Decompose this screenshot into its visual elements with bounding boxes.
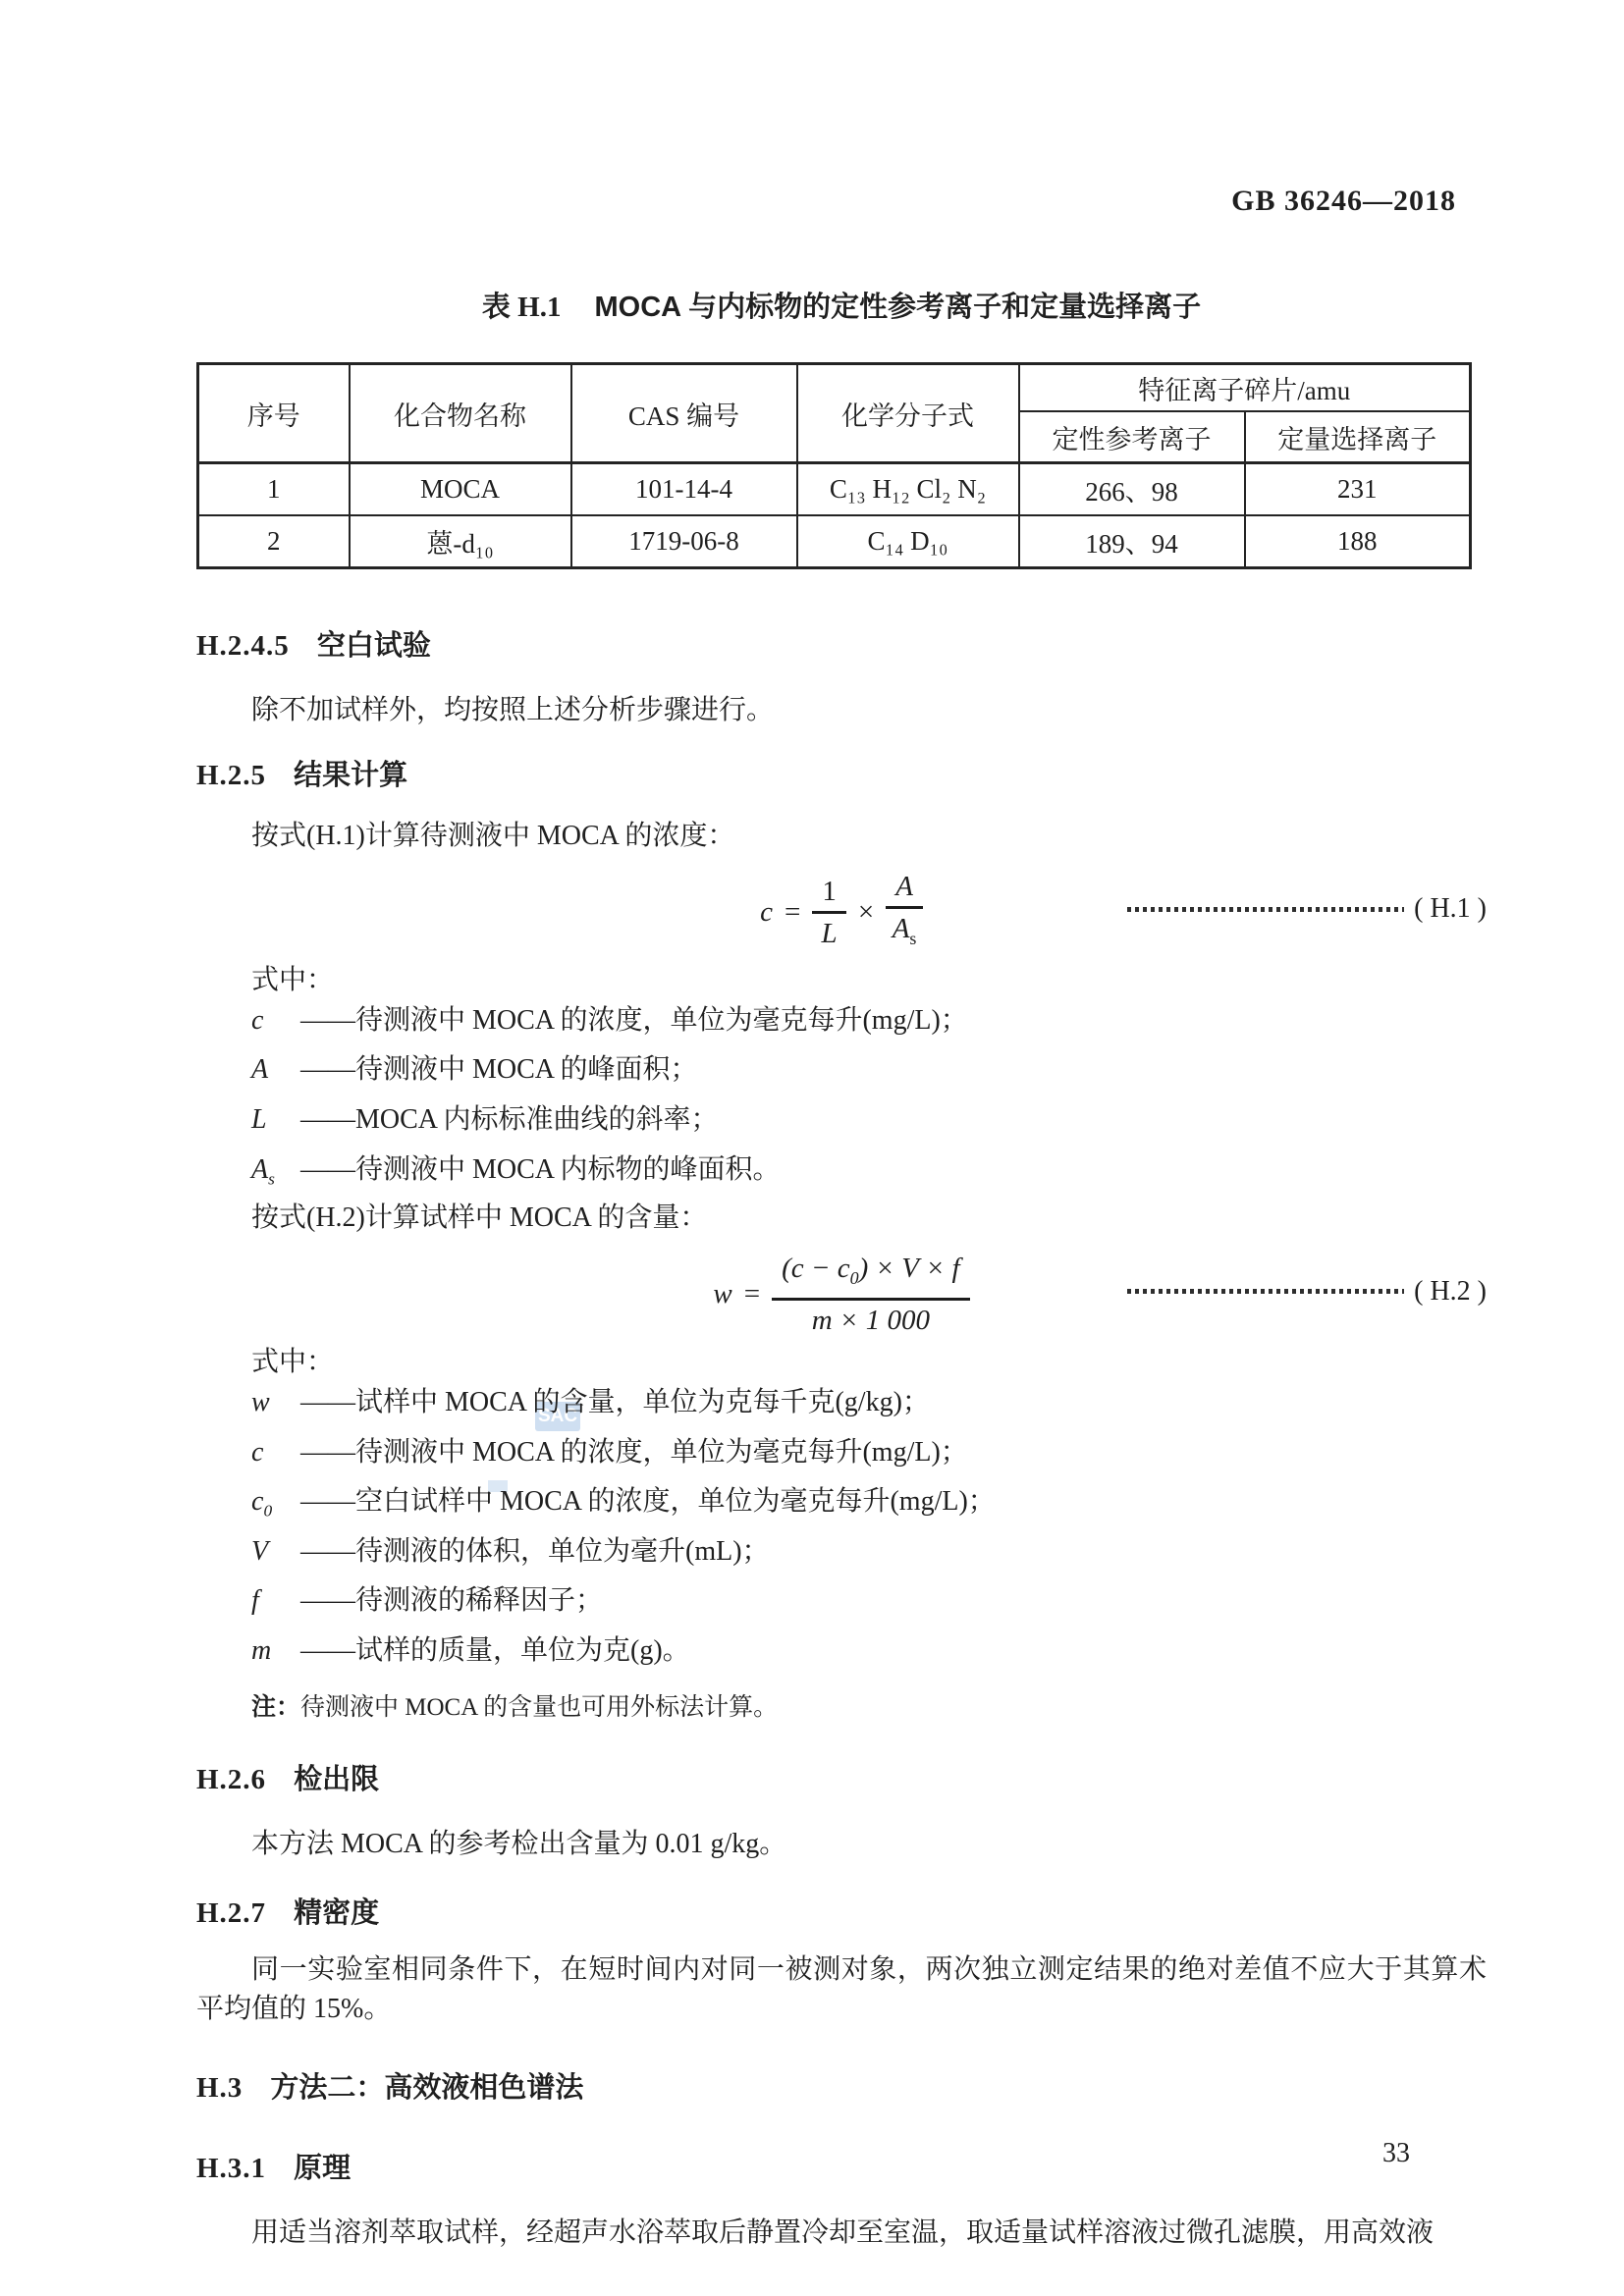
page-number: 33 <box>1382 2138 1410 2169</box>
paragraph: 按式(H.2)计算试样中 MOCA 的含量： <box>196 1199 1487 1238</box>
cell-cas: 1719-06-8 <box>571 515 797 568</box>
note: 注：待测液中 MOCA 的含量也可用外标法计算。 <box>251 1690 1487 1725</box>
table-header-quantitative: 定量选择离子 <box>1245 411 1471 463</box>
section-heading-h245: H.2.4.5空白试验 <box>196 626 1487 666</box>
table-header-no: 序号 <box>198 364 350 463</box>
fraction: A As <box>886 870 923 955</box>
symbol-definition: w——试样中 MOCA 的含量，单位为克每千克(g/kg)； <box>251 1382 1487 1432</box>
paragraph: 同一实验室相同条件下，在短时间内对同一被测对象，两次独立测定结果的绝对差值不应大… <box>196 1950 1487 2029</box>
equation: w = (c − c0) × V × f m × 1 000 <box>713 1252 969 1337</box>
equation-reference: ( H.2 ) <box>1127 1276 1487 1308</box>
symbol-definition: m——试样的质量，单位为克(g)。 <box>251 1630 1487 1681</box>
paragraph: 式中： <box>196 1343 1487 1382</box>
cell-no: 1 <box>198 463 350 516</box>
fraction: (c − c0) × V × f m × 1 000 <box>772 1252 970 1337</box>
paragraph: 按式(H.1)计算待测液中 MOCA 的浓度： <box>196 817 1487 856</box>
symbol-definition: f——待测液的稀释因子； <box>251 1580 1487 1630</box>
cell-name: 蒽-d₁₀ <box>350 515 571 568</box>
cell-qualitative: 266、98 <box>1019 463 1245 516</box>
paragraph: 本方法 MOCA 的参考检出含量为 0.01 g/kg。 <box>196 1825 1487 1864</box>
section-heading-h3: H.3方法二：高效液相色谱法 <box>196 2068 1487 2108</box>
table-row: 2 蒽-d₁₀ 1719-06-8 C₁₄ D₁₀ 189、94 188 <box>198 515 1471 568</box>
document-page: SAC GB 36246—2018 表 H.1MOCA 与内标物的定性参考离子和… <box>0 0 1624 2296</box>
section-heading-h31: H.3.1原理 <box>196 2149 1487 2188</box>
cell-quantitative: 188 <box>1245 515 1471 568</box>
equation-reference: ( H.1 ) <box>1127 893 1487 925</box>
cell-no: 2 <box>198 515 350 568</box>
cell-cas: 101-14-4 <box>571 463 797 516</box>
symbol-definition: c——待测液中 MOCA 的浓度，单位为毫克每升(mg/L)； <box>251 1000 1487 1050</box>
equation: c = 1 L × A As <box>760 870 923 955</box>
dot-leader <box>1127 907 1404 912</box>
dot-leader <box>1127 1289 1404 1294</box>
symbol-definition: c——待测液中 MOCA 的浓度，单位为毫克每升(mg/L)； <box>251 1432 1487 1482</box>
symbol-definition: As——待测液中 MOCA 内标物的峰面积。 <box>251 1149 1487 1200</box>
cell-qualitative: 189、94 <box>1019 515 1245 568</box>
paragraph: 用适当溶剂萃取试样，经超声水浴萃取后静置冷却至室温，取适量试样溶液过微孔滤膜，用… <box>196 2214 1487 2253</box>
paragraph: 除不加试样外，均按照上述分析步骤进行。 <box>196 691 1487 730</box>
symbol-definition: V——待测液的体积，单位为毫升(mL)； <box>251 1531 1487 1581</box>
cell-quantitative: 231 <box>1245 463 1471 516</box>
page-content: 表 H.1MOCA 与内标物的定性参考离子和定量选择离子 序号 化合物名称 CA… <box>196 285 1487 2253</box>
section-heading-h25: H.2.5结果计算 <box>196 756 1487 795</box>
symbol-definition: c0——空白试样中 MOCA 的浓度，单位为毫克每升(mg/L)； <box>251 1481 1487 1531</box>
table-title: 表 H.1MOCA 与内标物的定性参考离子和定量选择离子 <box>196 285 1487 325</box>
fraction: 1 L <box>812 875 846 950</box>
cell-name: MOCA <box>350 463 571 516</box>
table-header-cas: CAS 编号 <box>571 364 797 463</box>
ion-table: 序号 化合物名称 CAS 编号 化学分子式 特征离子碎片/amu 定性参考离子 … <box>196 362 1472 569</box>
cell-formula: C₁₃ H₁₂ Cl₂ N₂ <box>797 463 1019 516</box>
cell-formula: C₁₄ D₁₀ <box>797 515 1019 568</box>
table-title-label: 表 H.1 <box>482 292 562 323</box>
doc-number: GB 36246—2018 <box>1231 185 1456 218</box>
table-header-formula: 化学分子式 <box>797 364 1019 463</box>
symbol-definition: L——MOCA 内标标准曲线的斜率； <box>251 1099 1487 1149</box>
symbol-definition: A——待测液中 MOCA 的峰面积； <box>251 1049 1487 1099</box>
table-header-group: 特征离子碎片/amu <box>1019 364 1471 412</box>
table-header-name: 化合物名称 <box>350 364 571 463</box>
section-heading-h27: H.2.7精密度 <box>196 1894 1487 1933</box>
paragraph: 式中： <box>196 961 1487 1000</box>
table-row: 1 MOCA 101-14-4 C₁₃ H₁₂ Cl₂ N₂ 266、98 23… <box>198 463 1471 516</box>
formula-h2: w = (c − c0) × V × f m × 1 000 ( H.2 ) <box>196 1246 1487 1337</box>
table-title-text: MOCA 与内标物的定性参考离子和定量选择离子 <box>594 292 1201 323</box>
formula-h1: c = 1 L × A As ( H.1 ) <box>196 864 1487 955</box>
section-heading-h26: H.2.6检出限 <box>196 1760 1487 1799</box>
table-header-qualitative: 定性参考离子 <box>1019 411 1245 463</box>
